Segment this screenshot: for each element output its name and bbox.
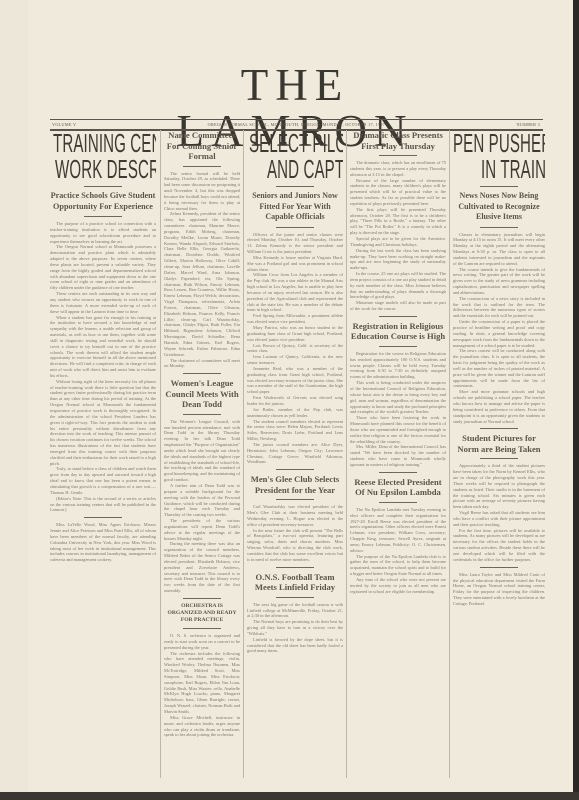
paragraph: The student council members elected to r…	[247, 419, 343, 442]
dateline-text: OREGON NORMAL SCHOOL, MONMOUTH, OREGON, …	[208, 122, 386, 127]
separator	[480, 186, 518, 187]
headline-orchestra: ORCHESTRA IS ORGANIZED AND READY FOR PRA…	[164, 603, 240, 624]
paragraph: The Women's League Council, with one hun…	[164, 419, 240, 483]
article-body-formal: The senior formal will be held Saturday,…	[164, 171, 240, 370]
article-body-reese: The Nu Epsilon Lambda met Tuesday evenin…	[350, 507, 446, 595]
column-divider	[160, 130, 161, 778]
article-body-glee-club: Carl Waarinofsky was elected president o…	[247, 504, 343, 562]
headline-football: O.N.S. Football Team Meets Linfield Frid…	[247, 572, 343, 593]
paragraph: During the meeting there was also an org…	[164, 541, 240, 594]
article-body-religious: Registration for the course in Religious…	[350, 351, 446, 468]
separator	[183, 166, 221, 167]
headline-dramatic: Dramatic Class Presents First Play Thurs…	[350, 130, 446, 151]
headline-glee-club: Men's Glee Club Selects President for th…	[247, 474, 343, 495]
paragraph: Jeannette Reid, who was a member of the …	[247, 366, 343, 395]
column-4: Dramatic Class Presents First Play Thurs…	[350, 128, 446, 780]
paragraph: Classes in elementary journalism will be…	[453, 232, 545, 267]
paragraph: The Oregon Normal school at Monmouth pos…	[50, 244, 156, 291]
paragraph: In the course, 25 one act plays will be …	[350, 271, 446, 300]
separator	[379, 346, 417, 347]
paragraph: Truly, to stand before a class of childr…	[50, 466, 156, 495]
paragraph: The purpose of a practice school in conn…	[50, 221, 156, 244]
article-body-womens-league: The Women's League Council, with one hun…	[164, 419, 240, 594]
separator	[84, 216, 122, 217]
separator	[379, 472, 417, 473]
article-body-pilots: Officers of the junior and senior classe…	[247, 232, 343, 466]
paragraph: The Nu Epsilon Lambda met Tuesday evenin…	[350, 507, 446, 554]
paragraph: Special plays are to be given for the Ar…	[350, 236, 446, 248]
column-divider	[243, 130, 244, 778]
paragraph: The news contest will be conducted along…	[453, 348, 545, 389]
paragraph: The purpose of the Nu Epsilon Lambda clu…	[350, 554, 446, 577]
paragraph: Any man of the school who were not prese…	[350, 577, 446, 595]
paragraph: Carl Waarinofsky was elected president o…	[247, 504, 343, 527]
paragraph: (Editor's Note: This is the second of a …	[50, 496, 156, 514]
column-2: Name Committees For Coming Senior Formal…	[164, 128, 240, 780]
headline-reese: Reese Elected President Of Nu Epsilon La…	[350, 477, 446, 498]
paragraph: The Normal boys are promising to do thei…	[247, 619, 343, 637]
paragraph: Those who have been fostering the work i…	[350, 415, 446, 444]
paragraph: Miss Kennedy is house mother at Virginia…	[247, 255, 343, 273]
paragraph: Officers of the junior and senior classe…	[247, 232, 343, 255]
paragraph: The chairmen of committees will meet on …	[164, 358, 240, 370]
article-body-pen-pushers: Classes in elementary journalism will be…	[453, 232, 545, 425]
separator	[276, 469, 314, 470]
separator	[379, 502, 417, 503]
separator	[480, 458, 518, 459]
subhead-pen-pushers: News Noses Now Being Cultivated to Recog…	[453, 191, 545, 223]
headline-womens-league: Women's League Council Meets With Dean T…	[164, 378, 240, 410]
paragraph: Because of the large number of elementar…	[350, 178, 446, 207]
separator	[379, 155, 417, 156]
article-body-football: The next big game of the football season…	[247, 602, 343, 655]
separator	[84, 517, 122, 518]
page-margin-left	[0, 0, 28, 800]
column-divider	[346, 130, 347, 778]
paragraph: Lois Brown of Quincy, Calif. is secretar…	[247, 343, 343, 355]
paragraph: In the near future the club will present…	[247, 528, 343, 563]
headline-religious: Registration in Religious Education Cour…	[350, 321, 446, 342]
separator	[183, 414, 221, 415]
dateline-bar: VOLUME V OREGON NORMAL SCHOOL, MONMOUTH,…	[52, 122, 540, 127]
separator	[183, 628, 221, 629]
separator	[276, 227, 314, 228]
paragraph: The course intends to give the fundament…	[453, 267, 545, 296]
separator	[183, 373, 221, 374]
paragraph: Ivan Lusman of Quincy, California, is th…	[247, 354, 343, 366]
article-body-dramatic: The dramatic class, which has an enrollm…	[350, 160, 446, 312]
subhead-pilots: Seniors and Juniors Now Fitted For Year …	[247, 191, 343, 223]
paragraph: The presidents of the various organizati…	[164, 518, 240, 541]
column-3: SELECT PILOTS AND CAPTAINS Seniors and J…	[247, 128, 343, 780]
paragraph: The senior formal will be held Saturday,…	[164, 171, 240, 212]
issue-number: NUMBER 3	[517, 122, 540, 127]
paragraph: Joe Butler, member of the Pep club, was …	[247, 407, 343, 419]
paragraph: The junior council members are: Alice Dy…	[247, 442, 343, 465]
separator	[84, 186, 122, 187]
paragraph: Registration for the course in Religious…	[350, 351, 446, 380]
paragraph: Mrs. Miller, Dean of the International C…	[350, 444, 446, 467]
headline-training: TRAINING CENTER WORK DESCRIBED	[50, 128, 156, 182]
paragraph: Miniature stage models will also be made…	[350, 300, 446, 312]
paragraph: During the last week the class has been …	[350, 248, 446, 271]
scan-edge-right	[573, 0, 579, 800]
paragraph: A further aim of Dean Todd was to prepar…	[164, 483, 240, 518]
paragraph: Virgil Reese has asked that all students…	[453, 510, 545, 528]
paragraph: O. N. S. orchestra is organized and read…	[164, 633, 240, 651]
separator	[183, 598, 221, 599]
article-body-orchestra: O. N. S. orchestra is organized and read…	[164, 633, 240, 738]
separator	[276, 567, 314, 568]
volume-label: VOLUME V	[52, 122, 76, 127]
column-1: TRAINING CENTER WORK DESCRIBED Practice …	[50, 128, 156, 780]
paragraph: Miss Grace Mitchell, instructor in music…	[164, 715, 240, 738]
paragraph: The construction of a news story is incl…	[453, 296, 545, 319]
headline-pen-pushers: PEN PUSHERS IN TRAINING	[453, 128, 545, 182]
column-5: PEN PUSHERS IN TRAINING News Noses Now B…	[453, 128, 545, 780]
separator	[480, 227, 518, 228]
paragraph: Approximately a third of the student pic…	[453, 463, 545, 510]
separator	[480, 428, 518, 429]
paragraph: Without losing sight of the keen necessi…	[50, 379, 156, 467]
brief-columbia: Miss LaVelle Wood, Miss Agnes Erickson, …	[50, 522, 156, 563]
separator	[480, 567, 518, 568]
paragraph: When a student has gone far enough in hi…	[50, 315, 156, 379]
paragraph: The orchestra includes the following who…	[164, 651, 240, 715]
paragraph: The dramatic class, which has an enrollm…	[350, 160, 446, 178]
paragraph: Zelma Kennedy, president of the senior c…	[164, 211, 240, 357]
paragraph: Fred Spring from Milwaukie, a prominent …	[247, 313, 343, 325]
scan-edge-bottom	[0, 792, 579, 800]
paragraph: More and more grammar schools and high s…	[453, 389, 545, 424]
separator	[276, 186, 314, 187]
paragraph: These centers are each outstanding in it…	[50, 291, 156, 314]
separator	[379, 316, 417, 317]
paragraph: The next big game of the football season…	[247, 602, 343, 620]
paragraph: Mary Patrica, who was an honor student i…	[247, 325, 343, 343]
headline-pilots: SELECT PILOTS AND CAPTAINS	[247, 128, 343, 182]
headline-formal: Name Committees For Coming Senior Formal	[164, 130, 240, 162]
paragraph: This work is being conducted under the a…	[350, 380, 446, 415]
separator	[276, 499, 314, 500]
subhead-training: Practice Schools Give Student Opportunit…	[50, 191, 156, 212]
rule-top	[50, 119, 543, 120]
article-body-student-pictures: Approximately a third of the student pic…	[453, 463, 545, 562]
article-body-training: The purpose of a practice school in conn…	[50, 221, 156, 513]
paragraph: The first plays will be presented Thursd…	[350, 207, 446, 236]
paragraph: William Crow from Los Angeles is a membe…	[247, 272, 343, 313]
paragraph: Under the construction of a paper is pla…	[453, 319, 545, 348]
separator	[276, 597, 314, 598]
brief-farm-home: Miss Laura Taylor and Miss Mildred Crain…	[453, 572, 545, 607]
paragraph: For the first time, pictures will be ava…	[453, 528, 545, 563]
column-divider	[449, 130, 450, 778]
headline-student-pictures: Student Pictures for Norm are Being Take…	[453, 433, 545, 454]
paragraph: Fern Wadsworth of Gervais was elected so…	[247, 395, 343, 407]
paragraph: Linfield is favored by the dope sheet, b…	[247, 637, 343, 655]
